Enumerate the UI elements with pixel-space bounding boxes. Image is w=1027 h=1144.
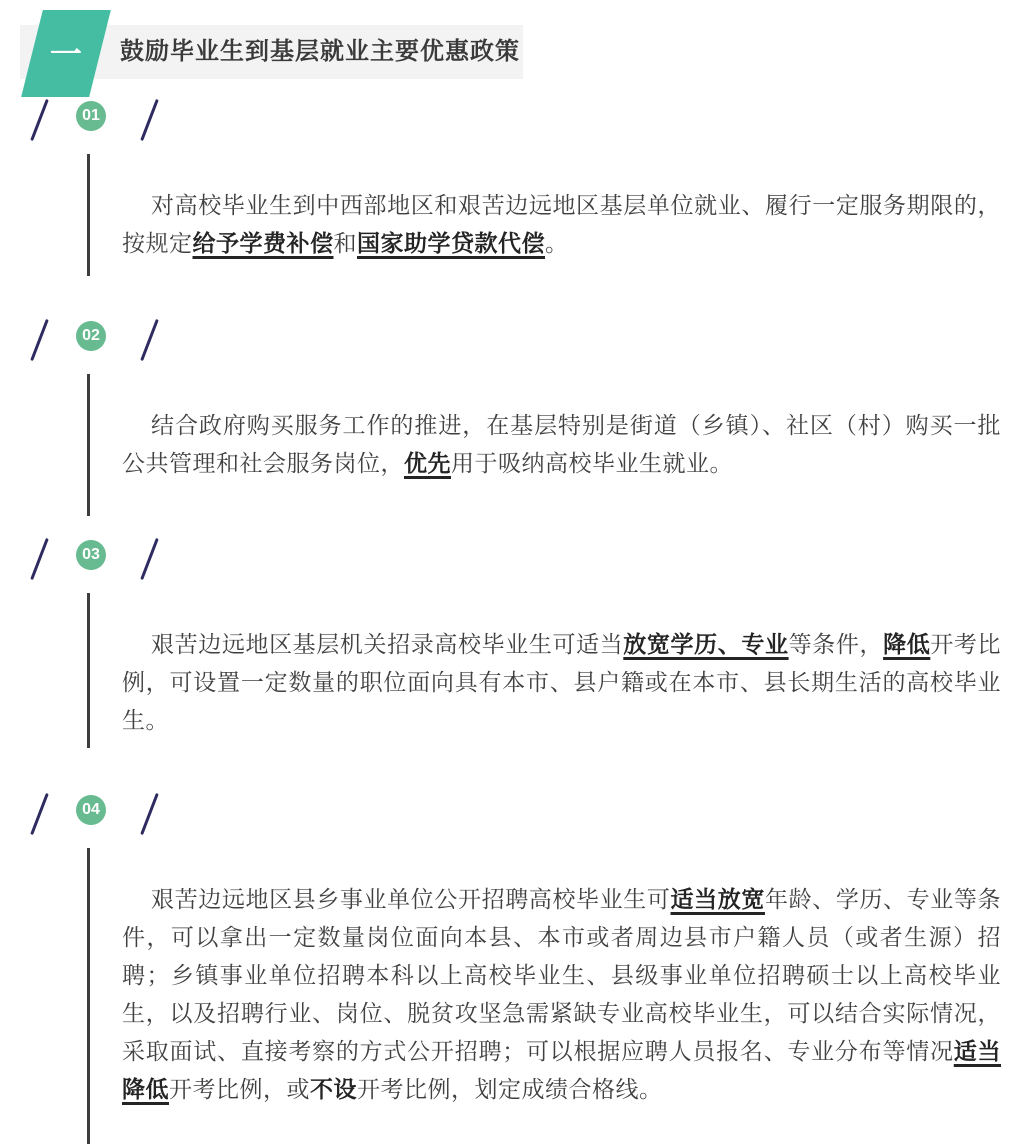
text-segment: 开考比例，或 (169, 1076, 310, 1102)
section-marker-label: 一 (50, 38, 82, 70)
section-number-badge: 02 (76, 321, 106, 351)
slash-left-decoration (30, 319, 49, 361)
slash-left-decoration (30, 538, 49, 580)
section-paragraph: 艰苦边远地区基层机关招录高校毕业生可适当放宽学历、专业等条件，降低开考比例，可设… (122, 625, 1001, 739)
slash-left-decoration (30, 99, 49, 141)
text-segment: 放宽学历、专业 (623, 631, 788, 657)
slash-right-decoration (140, 793, 159, 835)
text-segment: 。 (545, 230, 569, 256)
connector-line (87, 593, 90, 748)
connector-line (87, 154, 90, 276)
section-marker-parallelogram: 一 (21, 10, 111, 97)
text-segment: 年龄、学历、专业等条件，可以拿出一定数量岗位面向本县、本市或者周边县市户籍人员（… (122, 886, 1001, 1064)
section-badge-row: 02 (0, 318, 200, 364)
text-segment: 降低 (883, 631, 930, 657)
text-segment: 用于吸纳高校毕业生就业。 (451, 450, 733, 476)
section-paragraph: 艰苦边远地区县乡事业单位公开招聘高校毕业生可适当放宽年龄、学历、专业等条件，可以… (122, 880, 1001, 1108)
text-segment: 优先 (404, 450, 451, 476)
text-segment: 艰苦边远地区基层机关招录高校毕业生可适当 (151, 631, 623, 657)
text-segment: 艰苦边远地区县乡事业单位公开招聘高校毕业生可 (151, 886, 671, 912)
slash-right-decoration (140, 319, 159, 361)
section-number-badge: 01 (76, 101, 106, 131)
text-segment: 适当放宽 (671, 886, 765, 912)
section-number-badge: 04 (76, 795, 106, 825)
text-segment: 等条件， (789, 631, 883, 657)
connector-line (87, 848, 90, 1144)
section-badge-row: 01 (0, 98, 200, 144)
text-segment: 不设 (310, 1076, 357, 1102)
policy-document-page: 鼓励毕业生到基层就业主要优惠政策 一 01 对高校毕业生到中西部地区和艰苦边远地… (0, 0, 1027, 1144)
slash-right-decoration (140, 99, 159, 141)
section-badge-row: 03 (0, 537, 200, 583)
text-segment: 开考比例，划定成绩合格线。 (357, 1076, 663, 1102)
section-badge-row: 04 (0, 792, 200, 838)
section-paragraph: 对高校毕业生到中西部地区和艰苦边远地区基层单位就业、履行一定服务期限的，按规定给… (122, 186, 1001, 262)
text-segment: 给予学费补偿 (193, 230, 334, 256)
text-segment: 和 (334, 230, 358, 256)
text-segment: 国家助学贷款代偿 (357, 230, 545, 256)
page-title: 鼓励毕业生到基层就业主要优惠政策 (120, 25, 520, 79)
slash-right-decoration (140, 538, 159, 580)
connector-line (87, 374, 90, 516)
section-paragraph: 结合政府购买服务工作的推进，在基层特别是街道（乡镇）、社区（村）购买一批公共管理… (122, 406, 1001, 482)
section-number-badge: 03 (76, 540, 106, 570)
slash-left-decoration (30, 793, 49, 835)
